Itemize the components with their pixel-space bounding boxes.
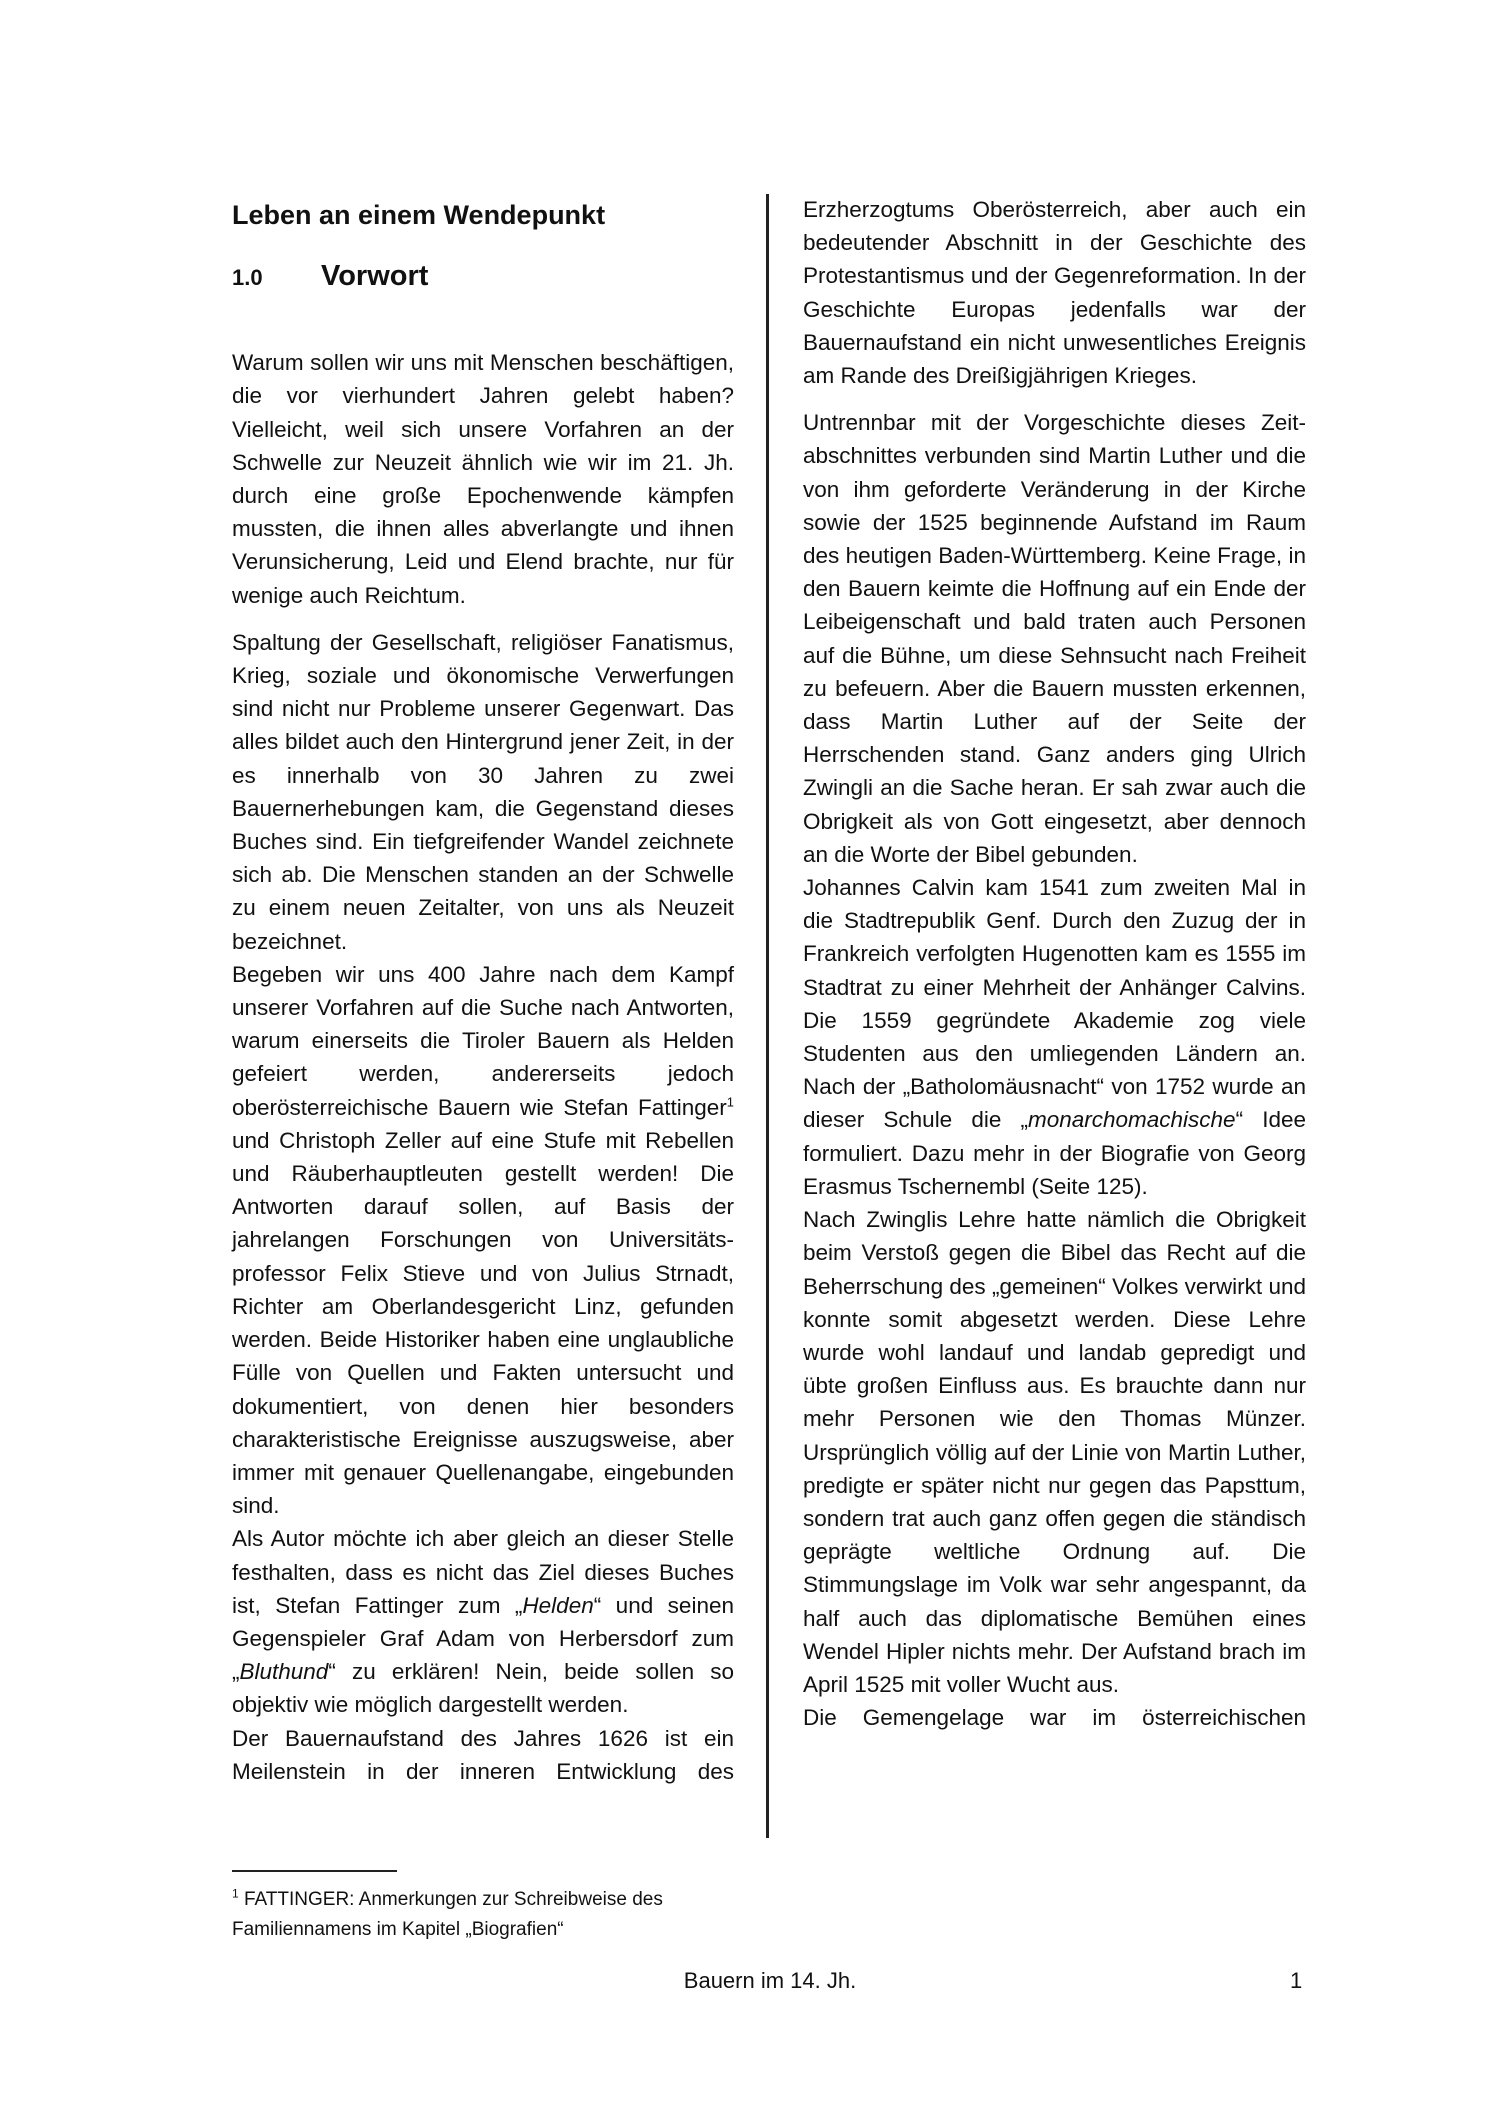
footer-title: Bauern im 14. Jh.: [0, 1968, 1500, 1994]
paragraph: Warum sollen wir uns mit Menschen beschä…: [232, 346, 734, 612]
paragraph: Als Autor möchte ich aber gleich an dies…: [232, 1522, 734, 1721]
paragraph: Der Bauernaufstand des Jahres 1626 ist e…: [232, 1722, 734, 1788]
emphasis-text: Bluthund: [240, 1659, 329, 1684]
document-title: Leben an einem Wendepunkt: [232, 198, 734, 232]
section-heading: 1.0 Vorwort: [232, 260, 734, 294]
paragraph: Nach Zwinglis Lehre hatte nämlich die Ob…: [803, 1203, 1306, 1701]
paragraph: Untrennbar mit der Vorgeschichte dieses …: [803, 406, 1306, 871]
section-number: 1.0: [232, 261, 321, 294]
emphasis-text: Helden: [522, 1593, 593, 1618]
paragraph: Begeben wir uns 400 Jahre nach dem Kampf…: [232, 958, 734, 1522]
paragraph-text: Johannes Calvin kam 1541 zum zweiten Mal…: [803, 875, 1306, 1132]
paragraph-text: und Christoph Zeller auf eine Stufe mit …: [232, 1128, 734, 1518]
paragraph: Erzherzogtums Oberösterreich, aber auch …: [803, 193, 1306, 392]
paragraph: Die Gemengelage war im österreichischen: [803, 1701, 1306, 1734]
left-column: Leben an einem Wendepunkt 1.0 Vorwort Wa…: [232, 198, 734, 1788]
footnote: 1 FATTINGER: Anmerkungen zur Schreibweis…: [232, 1885, 752, 1945]
footnote-number: 1: [232, 1887, 239, 1901]
footnote-reference[interactable]: 1: [727, 1094, 734, 1109]
section-title: Vorwort: [321, 260, 428, 293]
footnote-separator: [232, 1870, 397, 1872]
paragraph: Johannes Calvin kam 1541 zum zweiten Mal…: [803, 871, 1306, 1203]
paragraph-text: Begeben wir uns 400 Jahre nach dem Kampf…: [232, 962, 734, 1120]
page-number: 1: [1290, 1968, 1302, 1994]
column-divider: [766, 194, 769, 1838]
document-page: Leben an einem Wendepunkt 1.0 Vorwort Wa…: [0, 0, 1500, 2104]
right-column: Erzherzogtums Oberösterreich, aber auch …: [803, 193, 1306, 1734]
emphasis-text: monarchomachi­sche: [1028, 1107, 1236, 1132]
paragraph: Spaltung der Gesellschaft, religiöser Fa…: [232, 626, 734, 958]
footnote-text: FATTINGER: Anmerkungen zur Schreibweise …: [232, 1889, 663, 1940]
